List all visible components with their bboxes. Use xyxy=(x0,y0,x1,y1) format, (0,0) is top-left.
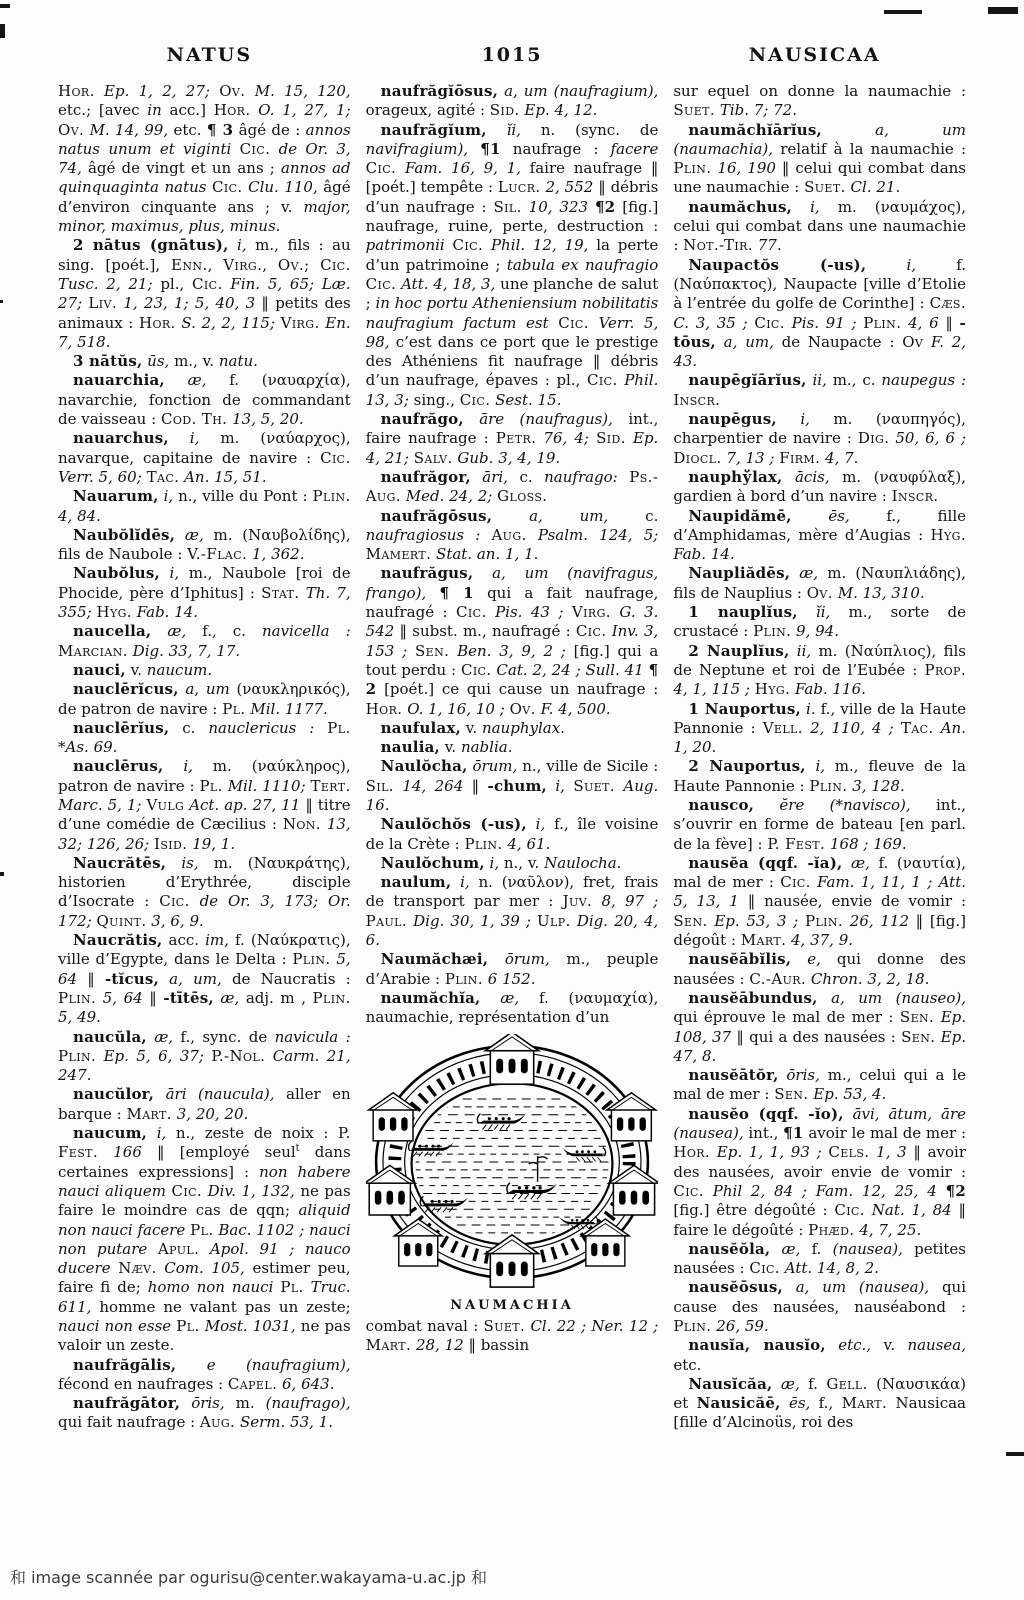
dictionary-entry: naucŭla, æ, f., sync. de navicula : Plin… xyxy=(58,1028,351,1086)
dictionary-entry: Naulŏchŏs (-us), i, f., île voisine de l… xyxy=(366,815,659,854)
column-1: Hor. Ep. 1, 2, 27; Ov. M. 15, 120, etc.;… xyxy=(58,82,351,1560)
column-2: naufrăgĭōsus, a, um (naufragium), orageu… xyxy=(366,82,659,1560)
scan-artifact xyxy=(988,7,1018,14)
page-number: 1015 xyxy=(361,44,664,66)
dictionary-entry: Nauarum, i, n., ville du Pont : Plin. 4,… xyxy=(58,487,351,526)
dictionary-entry: naumăchus, i, m. (ναυμάχος), celui qui c… xyxy=(673,198,966,256)
dictionary-entry: nauarchus, i, m. (ναύαρχος), navarque, c… xyxy=(58,429,351,487)
dictionary-entry: naupēgus, i, m. (ναυπηγός), charpentier … xyxy=(673,410,966,468)
scan-artifact xyxy=(0,4,10,8)
dictionary-entry: Naubŏlus, i, m., Naubole [roi de Phocide… xyxy=(58,564,351,622)
dictionary-entry: nausco, ĕre (*navisco), int., s’ouvrir e… xyxy=(673,796,966,854)
text-columns: Hor. Ep. 1, 2, 27; Ov. M. 15, 120, etc.;… xyxy=(0,66,1024,1560)
scan-artifact xyxy=(884,10,922,14)
dictionary-entry: nauarchia, æ, f. (ναυαρχία), navarchie, … xyxy=(58,371,351,429)
dictionary-entry: naufrăgōsus, a, um, c. naufragiosus : Au… xyxy=(366,507,659,565)
page-header: NATUS 1015 NAUSICAA xyxy=(0,0,1024,66)
dictionary-entry: naufrăgĭōsus, a, um (naufragium), orageu… xyxy=(366,82,659,121)
dictionary-entry: Naupactŏs (-us), i, f. (Ναύπακτος), Naup… xyxy=(673,256,966,372)
dictionary-entry: 2 Nauplĭus, ii, m. (Ναύπλιος), fils de N… xyxy=(673,642,966,700)
naumachia-engraving-icon xyxy=(366,1034,658,1292)
dictionary-entry: Naupliădēs, æ, m. (Ναυπλιάδης), fils de … xyxy=(673,564,966,603)
dictionary-entry: nausĕo (qqf. -ĭo), āvi, ātum, āre (nause… xyxy=(673,1105,966,1240)
dictionary-entry: Naucrătēs, is, m. (Ναυκράτης), historien… xyxy=(58,854,351,931)
dictionary-entry: naucum, i, n., zeste de noix : P. Fest. … xyxy=(58,1124,351,1356)
dictionary-entry: naufrăgor, āri, c. naufrago: Ps.-Aug. Me… xyxy=(366,468,659,507)
dictionary-entry: nausĭa, nausĭo, etc., v. nausea, etc. xyxy=(673,1336,966,1375)
dictionary-entry: nausĕōsus, a, um (nausea), qui cause des… xyxy=(673,1278,966,1336)
running-head-left: NATUS xyxy=(58,44,361,66)
dictionary-entry: nauclērĭus, c. nauclericus : Pl. *As. 69… xyxy=(58,719,351,758)
dictionary-entry: Nausĭcăa, æ, f. Gell. (Ναυσικάα) et Naus… xyxy=(673,1375,966,1433)
dictionary-entry: nauphўlax, ācis, m. (ναυφύλαξ), gardien … xyxy=(673,468,966,507)
dictionary-page: NATUS 1015 NAUSICAA Hor. Ep. 1, 2, 27; O… xyxy=(0,0,1024,1600)
dictionary-entry: Naubŏlĭdēs, æ, m. (Ναυβολίδης), fils de … xyxy=(58,526,351,565)
dictionary-entry: 3 nātŭs, ūs, m., v. natu. xyxy=(58,352,351,371)
dictionary-entry: sur equel on donne la naumachie : Suet. … xyxy=(673,82,966,121)
dictionary-entry: Naulŏchum, i, n., v. Naulocha. xyxy=(366,854,659,873)
dictionary-entry: nausĕŏla, æ, f. (nausea), petites nausée… xyxy=(673,1240,966,1279)
dictionary-entry: 2 nātus (gnātus), i, m., fils : au sing.… xyxy=(58,236,351,352)
dictionary-entry: Hor. Ep. 1, 2, 27; Ov. M. 15, 120, etc.;… xyxy=(58,82,351,236)
scan-artifact xyxy=(0,24,5,38)
dictionary-entry: naufrăgālis, e (naufragium), fécond en n… xyxy=(58,1356,351,1395)
dictionary-entry: Naulŏcha, ōrum, n., ville de Sicile : Si… xyxy=(366,757,659,815)
dictionary-entry: Naucrătis, acc. im, f. (Ναύκρατις), vill… xyxy=(58,931,351,1027)
dictionary-entry: 2 Nauportus, i, m., fleuve de la Haute P… xyxy=(673,757,966,796)
dictionary-entry: naucŭlor, āri (naucula), aller en barque… xyxy=(58,1085,351,1124)
dictionary-entry: nausĕa (qqf. -ĭa), æ, f. (ναυτία), mal d… xyxy=(673,854,966,950)
column-2-text-bottom: combat naval : Suet. Cl. 22 ; Ner. 12 ; … xyxy=(366,1317,659,1356)
dictionary-entry: naufrăgo, āre (naufragus), int., faire n… xyxy=(366,410,659,468)
dictionary-entry: nauci, v. naucum. xyxy=(58,661,351,680)
scan-watermark: 和 image scannée par ogurisu@center.wakay… xyxy=(10,1565,487,1588)
dictionary-entry: Naupidămē, ēs, f., fille d’Amphidamas, m… xyxy=(673,507,966,565)
figure-caption: NAUMACHIA xyxy=(366,1296,659,1315)
dictionary-entry: nausĕābĭlis, e, qui donne des nausées : … xyxy=(673,950,966,989)
dictionary-entry: naumăchĭa, æ, f. (ναυμαχία), naumachie, … xyxy=(366,989,659,1028)
dictionary-entry: naucella, æ, f., c. navicella : Marcian.… xyxy=(58,622,351,661)
dictionary-entry: 1 nauplĭus, ĭi, m., sorte de crustacé : … xyxy=(673,603,966,642)
dictionary-entry: 1 Nauportus, i. f., ville de la Haute Pa… xyxy=(673,700,966,758)
dictionary-entry: nausĕābundus, a, um (nauseo), qui éprouv… xyxy=(673,989,966,1066)
column-2-text-top: naufrăgĭōsus, a, um (naufragium), orageu… xyxy=(366,82,659,1028)
scan-artifact xyxy=(0,872,4,876)
dictionary-entry: naulia, v. nablia. xyxy=(366,738,659,757)
dictionary-entry: naufrăgĭum, ĭi, n. (sync. de navifragium… xyxy=(366,121,659,410)
column-3: sur equel on donne la naumachie : Suet. … xyxy=(673,82,966,1560)
dictionary-entry: naufrăgātor, ōris, m. (naufrago), qui fa… xyxy=(58,1394,351,1433)
running-head-right: NAUSICAA xyxy=(663,44,966,66)
dictionary-entry: combat naval : Suet. Cl. 22 ; Ner. 12 ; … xyxy=(366,1317,659,1356)
dictionary-entry: naufulax, v. nauphylax. xyxy=(366,719,659,738)
scan-artifact xyxy=(1006,1452,1024,1456)
naumachia-figure: NAUMACHIA xyxy=(366,1034,659,1315)
dictionary-entry: nausĕātŏr, ōris, m., celui qui a le mal … xyxy=(673,1066,966,1105)
dictionary-entry: naupēgĭārĭus, ii, m., c. naupegus : Insc… xyxy=(673,371,966,410)
scan-artifact xyxy=(0,300,3,303)
dictionary-entry: nauclērĭcus, a, um (ναυκληρικός), de pat… xyxy=(58,680,351,719)
dictionary-entry: naufrăgus, a, um (navifragus, frango), ¶… xyxy=(366,564,659,718)
dictionary-entry: naumăchĭārĭus, a, um (naumachia), relati… xyxy=(673,121,966,198)
dictionary-entry: nauclērus, i, m. (ναύκληρος), patron de … xyxy=(58,757,351,853)
dictionary-entry: Naumăchæi, ōrum, m., peuple d’Arabie : P… xyxy=(366,950,659,989)
dictionary-entry: naulum, i, n. (ναῦλον), fret, frais de t… xyxy=(366,873,659,950)
